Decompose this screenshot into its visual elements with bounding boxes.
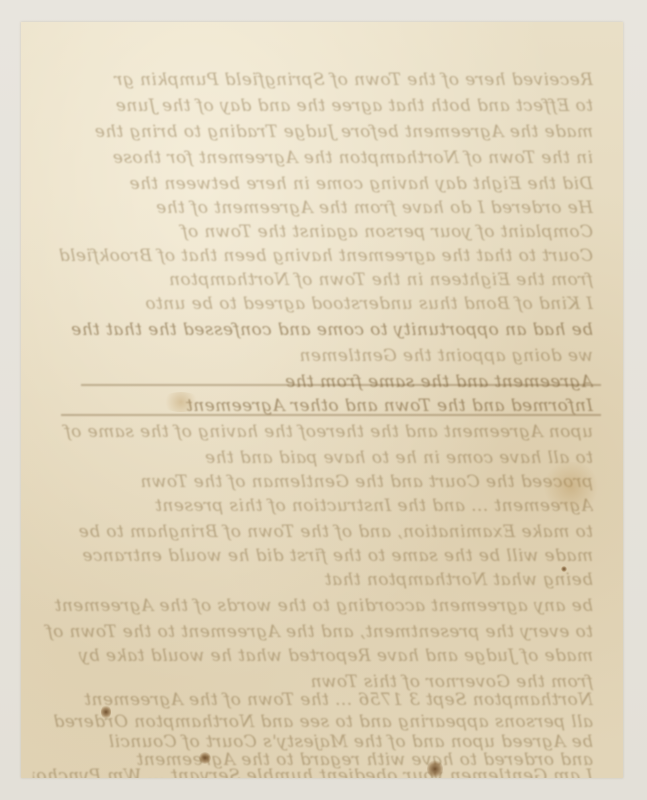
manuscript-line: Agreement ... and the Instruction of thi… bbox=[33, 496, 593, 516]
manuscript-line: made the Agreement before Judge Trading … bbox=[33, 122, 593, 142]
manuscript-line: Received here of the Town of Springfield… bbox=[33, 70, 593, 90]
manuscript-line: from the Governor of this Town bbox=[33, 672, 593, 692]
foxing-stain bbox=[161, 392, 201, 412]
manuscript-line: Complaint of your person against the Tow… bbox=[33, 222, 593, 242]
manuscript-line: proceed the Court and the Gentleman of t… bbox=[33, 472, 593, 492]
manuscript-line: made of Judge and have Reported what he … bbox=[33, 646, 593, 666]
manuscript-line: to all have come in he to have paid and … bbox=[33, 448, 593, 468]
manuscript-line: He ordered I do have from the Agreement … bbox=[33, 198, 593, 218]
manuscript-line: made will be the same to the first did h… bbox=[33, 546, 593, 566]
foxing-stain bbox=[541, 462, 601, 512]
manuscript-line: to Effect and both that agree the and da… bbox=[33, 96, 593, 116]
manuscript-line: Court to that the agreement having been … bbox=[33, 246, 593, 266]
manuscript-line: be had an opportunity to come and confes… bbox=[33, 320, 593, 340]
manuscript-line: in the Town of Northampton the Agreement… bbox=[33, 148, 593, 168]
mirrored-handwriting-block: Received here of the Town of Springfield… bbox=[21, 22, 623, 778]
manuscript-line: Northampton Sept 3 1756 ... the Town of … bbox=[33, 690, 593, 710]
manuscript-line: Agreement and the same from the bbox=[33, 372, 593, 392]
ink-strike-line bbox=[61, 414, 601, 416]
manuscript-line: Did the Eight day having come in here be… bbox=[33, 174, 593, 194]
ink-blot bbox=[101, 705, 111, 719]
manuscript-line: Informed and the Town and other Agreemen… bbox=[33, 396, 593, 416]
manuscript-line: to every the presentment, and the Agreem… bbox=[33, 622, 593, 642]
manuscript-line: I am Gentlemen your obedient humble Serv… bbox=[33, 766, 593, 778]
manuscript-line: we doing appoint the Gentlemen bbox=[33, 346, 593, 366]
ink-blot bbox=[199, 752, 211, 764]
manuscript-line: all persons appearing and to see and Nor… bbox=[33, 712, 593, 732]
manuscript-page: Received here of the Town of Springfield… bbox=[21, 22, 623, 778]
manuscript-line: to make Examination, and of the Town of … bbox=[33, 522, 593, 542]
manuscript-line: be Agreed upon and of the Majesty's Cour… bbox=[33, 732, 593, 752]
manuscript-line: be any agreement according to the words … bbox=[33, 596, 593, 616]
ink-dot bbox=[561, 566, 567, 572]
ink-blot bbox=[427, 760, 443, 778]
ink-strike-line bbox=[81, 384, 601, 386]
manuscript-line: being what Northampton that bbox=[33, 570, 593, 590]
manuscript-line: from the Eighteen in the Town of Northam… bbox=[33, 270, 593, 290]
manuscript-line: upon Agreement and the thereof the havin… bbox=[33, 422, 593, 442]
manuscript-line: I Kind of Bond thus understood agreed to… bbox=[33, 294, 593, 314]
